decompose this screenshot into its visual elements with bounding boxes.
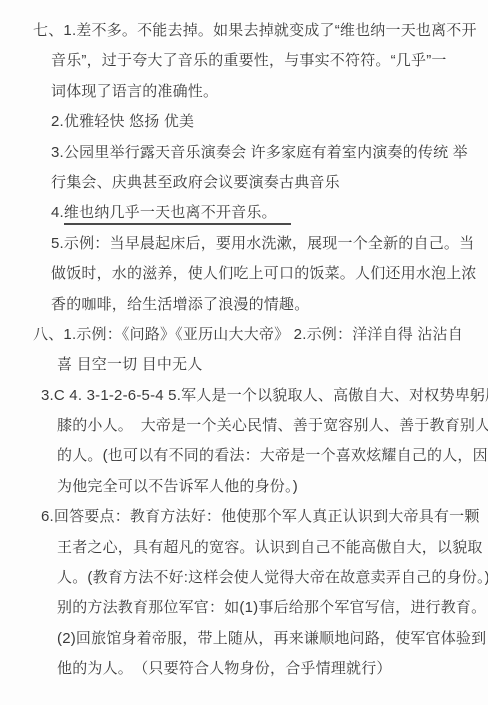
text-line: 香的咖啡，给生活增添了浪漫的情趣。 [0, 290, 482, 320]
text-line: 别的方法教育那位军官：如(1)事后给那个军官写信，进行教育。 [0, 593, 482, 623]
text-line: 3.公园里举行露天音乐演奏会 许多家庭有着室内演奏的传统 举 [0, 138, 482, 168]
text-line: (2)回旅馆身着帝服，带上随从，再来谦顺地问路，使军官体验到 [0, 624, 482, 654]
text-line: 八、1.示例：《问路》《亚历山大大帝》 2.示例：洋洋自得 沾沾自 [0, 320, 482, 350]
text-line: 做饭时，水的滋养，使人们吃上可口的饭菜。人们还用水泡上浓 [0, 259, 482, 289]
text-line: 5.示例：当早晨起床后，要用水洗漱，展现一个全新的自己。当 [0, 229, 482, 259]
text-line: 词体现了语言的准确性。 [0, 77, 482, 107]
text-line: 王者之心，具有超凡的宽容。认识到自己不能高傲自大，以貌取 [0, 533, 482, 563]
text-line: 3.C 4. 3-1-2-6-5-4 5.军人是一个以貌取人、高傲自大、对权势卑… [0, 381, 482, 411]
text-line: 人。(教育方法不好:这样会使人觉得大帝在故意卖弄自己的身份。) [0, 563, 482, 593]
underlined-answer: 维也纳几乎一天也离不开音乐。 [64, 204, 291, 225]
answer-key-document: 七、1.差不多。不能去掉。如果去掉就变成了“维也纳一天也离不开 音乐”，过于夸大… [0, 0, 488, 685]
text-line: 的人。(也可以有不同的看法：大帝是一个喜欢炫耀自己的人，因 [0, 441, 482, 471]
text-line: 6.回答要点：教育方法好：他使那个军人真正认识到大帝具有一颗 [0, 502, 482, 532]
text-line: 他的为人。 （只要符合人物身份，合乎情理就行） [0, 654, 482, 684]
text-line: 为他完全可以不告诉军人他的身份。) [0, 472, 482, 502]
text-line: 七、1.差不多。不能去掉。如果去掉就变成了“维也纳一天也离不开 [0, 16, 482, 46]
text-line: 2.优雅轻快 悠扬 优美 [0, 107, 482, 137]
text-line: 喜 目空一切 目中无人 [0, 350, 482, 380]
text-line: 膝的小人。 大帝是一个关心民情、善于宽容别人、善于教育别人 [0, 411, 482, 441]
text-line: 行集会、庆典甚至政府会议要演奏古典音乐 [0, 168, 482, 198]
line-number-prefix: 4. [51, 204, 64, 221]
text-line-underlined-answer: 4.维也纳几乎一天也离不开音乐。 [0, 198, 482, 228]
text-line: 音乐”，过于夸大了音乐的重要性，与事实不符符。“几乎”一 [0, 46, 482, 76]
